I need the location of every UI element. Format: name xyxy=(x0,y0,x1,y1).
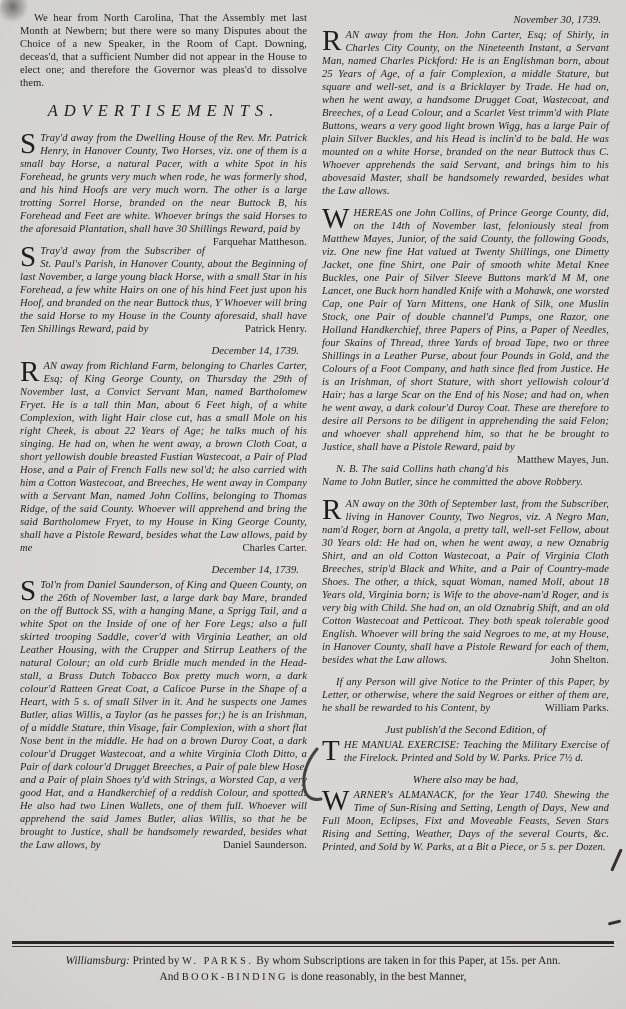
dateline: December 14, 1739. xyxy=(20,345,307,358)
paragraph-text: RAN away from the Hon. John Carter, Esq;… xyxy=(322,30,609,197)
ad-stolen-mare: STol'n from Daniel Saunderson, of King a… xyxy=(20,579,307,852)
paragraph-text: STol'n from Daniel Saunderson, of King a… xyxy=(20,580,307,851)
ad-warners-almanack: WARNER's ALMANACK, for the Year 1740. Sh… xyxy=(322,789,609,854)
ad-runaway-fryet: RAN away from Richland Farm, belonging t… xyxy=(20,360,307,555)
printer-notice: If any Person will give Notice to the Pr… xyxy=(322,676,609,715)
ad-runaway-roger-moll: RAN away on the 30th of September last, … xyxy=(322,498,609,667)
where-also-line: Where also may be had, xyxy=(322,774,609,787)
news-paragraph: We hear from North Carolina, That the As… xyxy=(20,12,307,90)
paragraph-text: STray'd away from the Subscriber of St. … xyxy=(20,246,307,335)
imprint-line1-rest: By whom Subscriptions are taken in for t… xyxy=(253,955,560,967)
imprint-line2-rest: is done reasonably, in the best Manner, xyxy=(288,971,467,983)
ad-strayed-black-horse: STray'd away from the Subscriber of St. … xyxy=(20,245,307,336)
paragraph-text: WHEREAS one John Collins, of Prince Geor… xyxy=(322,208,609,453)
ad-runaway-pickford: RAN away from the Hon. John Carter, Esq;… xyxy=(322,29,609,198)
ad-whereas-collins: WHEREAS one John Collins, of Prince Geor… xyxy=(322,207,609,454)
dateline: December 14, 1739. xyxy=(20,564,307,577)
imprint-text: Williamsburg: Printed by W. PARKS. By wh… xyxy=(0,954,626,985)
paragraph-text: ADVERTISEMENTS. xyxy=(48,101,280,120)
imprint-printedby: Printed by xyxy=(130,955,182,967)
imprint-printer-name: W. PARKS. xyxy=(182,956,253,967)
paragraph-text: Just publish'd the Second Edition, of xyxy=(385,724,546,736)
paragraph-text: RAN away from Richland Farm, belonging t… xyxy=(20,361,307,554)
ink-mark-icon xyxy=(608,919,621,925)
signature: Patrick Henry. xyxy=(237,323,307,336)
column-left: We hear from North Carolina, That the As… xyxy=(20,12,307,863)
imprint-line2-prefix: And xyxy=(160,971,182,983)
paragraph-text: November 30, 1739. xyxy=(513,14,601,26)
imprint-footer: Williamsburg: Printed by W. PARKS. By wh… xyxy=(0,941,626,985)
ad-strayed-two-horses: STray'd away from the Dwelling House of … xyxy=(20,132,307,236)
paragraph-text: THE MANUAL EXERCISE: Teaching the Milita… xyxy=(344,740,609,764)
signature: Charles Carter. xyxy=(235,542,307,555)
advertisements-heading: ADVERTISEMENTS. xyxy=(20,101,307,121)
ad-manual-exercise: THE MANUAL EXERCISE: Teaching the Milita… xyxy=(322,739,609,765)
paragraph-text: We hear from North Carolina, That the As… xyxy=(20,13,307,89)
paragraph-text: WARNER's ALMANACK, for the Year 1740. Sh… xyxy=(322,790,609,853)
paragraph-text: December 14, 1739. xyxy=(211,564,299,576)
newspaper-page: We hear from North Carolina, That the As… xyxy=(0,0,626,1009)
signature: William Parks. xyxy=(523,702,609,715)
paragraph-text: N. B. The said Collins hath chang'd his … xyxy=(322,464,583,488)
ink-mark-icon xyxy=(610,848,623,871)
just-published-line: Just publish'd the Second Edition, of xyxy=(322,724,609,737)
paragraph-text: RAN away on the 30th of September last, … xyxy=(322,499,609,666)
paragraph-text: December 14, 1739. xyxy=(211,345,299,357)
imprint-bookbinding: BOOK-BINDING xyxy=(182,972,288,983)
column-right: November 30, 1739.RAN away from the Hon.… xyxy=(322,12,609,863)
paragraph-text: Where also may be had, xyxy=(413,774,519,786)
imprint-place: Williamsburg: xyxy=(66,955,130,967)
dateline: November 30, 1739. xyxy=(322,14,609,27)
paragraph-text: STray'd away from the Dwelling House of … xyxy=(20,133,307,235)
footer-rule xyxy=(12,941,614,947)
page-body: We hear from North Carolina, That the As… xyxy=(20,12,609,863)
signature: John Shelton. xyxy=(543,654,609,667)
signature: Daniel Saunderson. xyxy=(215,839,307,852)
nota-bene: N. B. The said Collins hath chang'd his … xyxy=(322,463,609,489)
